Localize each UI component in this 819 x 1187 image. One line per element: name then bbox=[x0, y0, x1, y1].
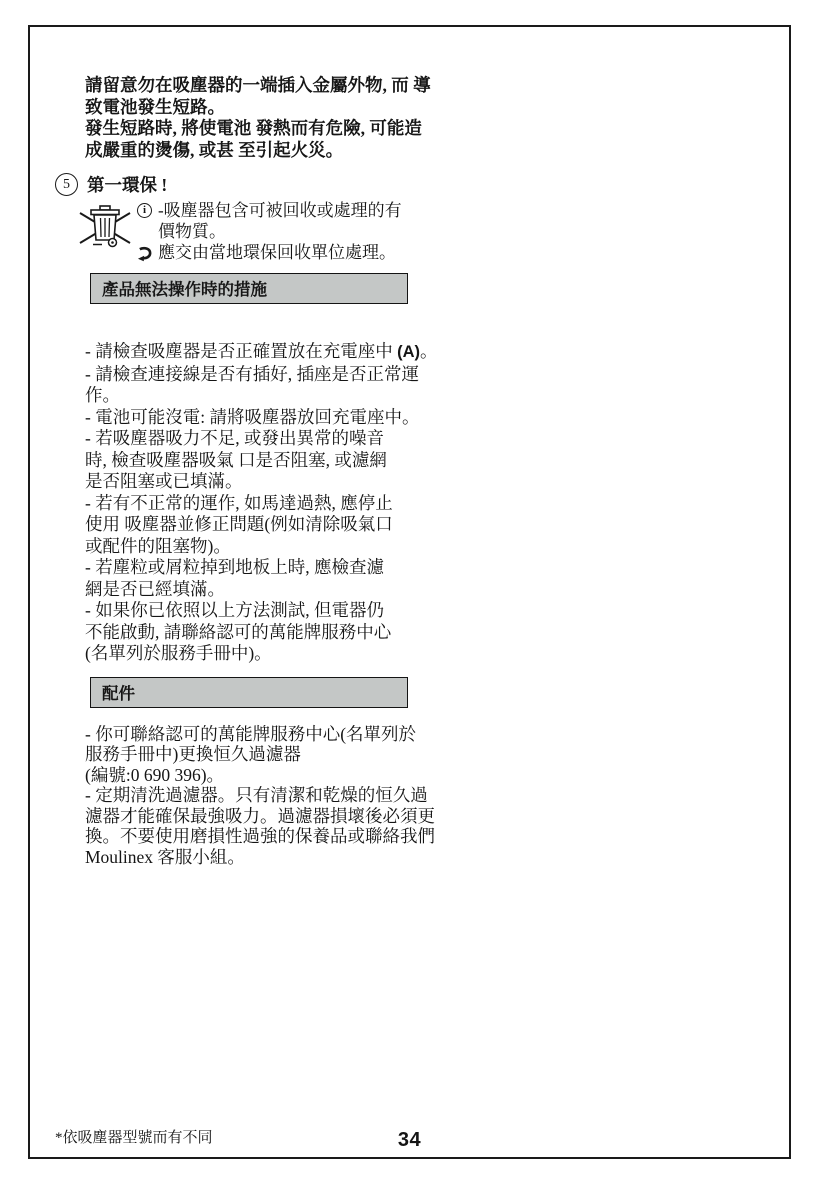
troubleshooting-item-charger-pre: - 請檢查吸塵器是否正確置放在充電座中 bbox=[85, 341, 397, 361]
accessories-section-header: 配件 bbox=[90, 677, 408, 708]
troubleshooting-items-rest: - 請檢查連接線是否有插好, 插座是否正常運 作。 - 電池可能沒電: 請將吸塵… bbox=[85, 364, 419, 664]
manual-page-content: 請留意勿在吸塵器的一端插入金屬外物, 而 導 致電池發生短路。 發生短路時, 將… bbox=[85, 75, 535, 879]
recycle-arrow-icon bbox=[137, 246, 152, 262]
accessories-list: - 你可聯絡認可的萬能牌服務中心(名單列於 服務手冊中)更換恒久過濾器 (編號:… bbox=[85, 724, 535, 868]
environment-info-text: -吸塵器包含可被回收或處理的有 價物質。 bbox=[158, 201, 402, 242]
charger-base-ref-label: (A) bbox=[397, 343, 420, 361]
troubleshooting-section-header: 產品無法操作時的措施 bbox=[90, 273, 408, 304]
step-5-badge: 5 bbox=[55, 173, 78, 196]
environment-title: 第一環保 ! bbox=[87, 172, 167, 197]
weee-crossed-bin-icon bbox=[76, 200, 134, 254]
manual-page-border: 請留意勿在吸塵器的一端插入金屬外物, 而 導 致電池發生短路。 發生短路時, 將… bbox=[28, 25, 791, 1159]
info-icon: i bbox=[137, 203, 152, 218]
page-number: 34 bbox=[28, 1129, 791, 1152]
troubleshooting-item-charger-post: 。 bbox=[420, 341, 438, 361]
environment-section: 5 第一環保 ! bbox=[85, 172, 535, 264]
troubleshooting-list: - 請檢查吸塵器是否正確置放在充電座中 (A)。 - 請檢查連接線是否有插好, … bbox=[85, 320, 535, 665]
environment-disposal-text: 應交由當地環保回收單位處理。 bbox=[158, 243, 396, 264]
battery-warning-paragraph: 請留意勿在吸塵器的一端插入金屬外物, 而 導 致電池發生短路。 發生短路時, 將… bbox=[85, 75, 535, 161]
